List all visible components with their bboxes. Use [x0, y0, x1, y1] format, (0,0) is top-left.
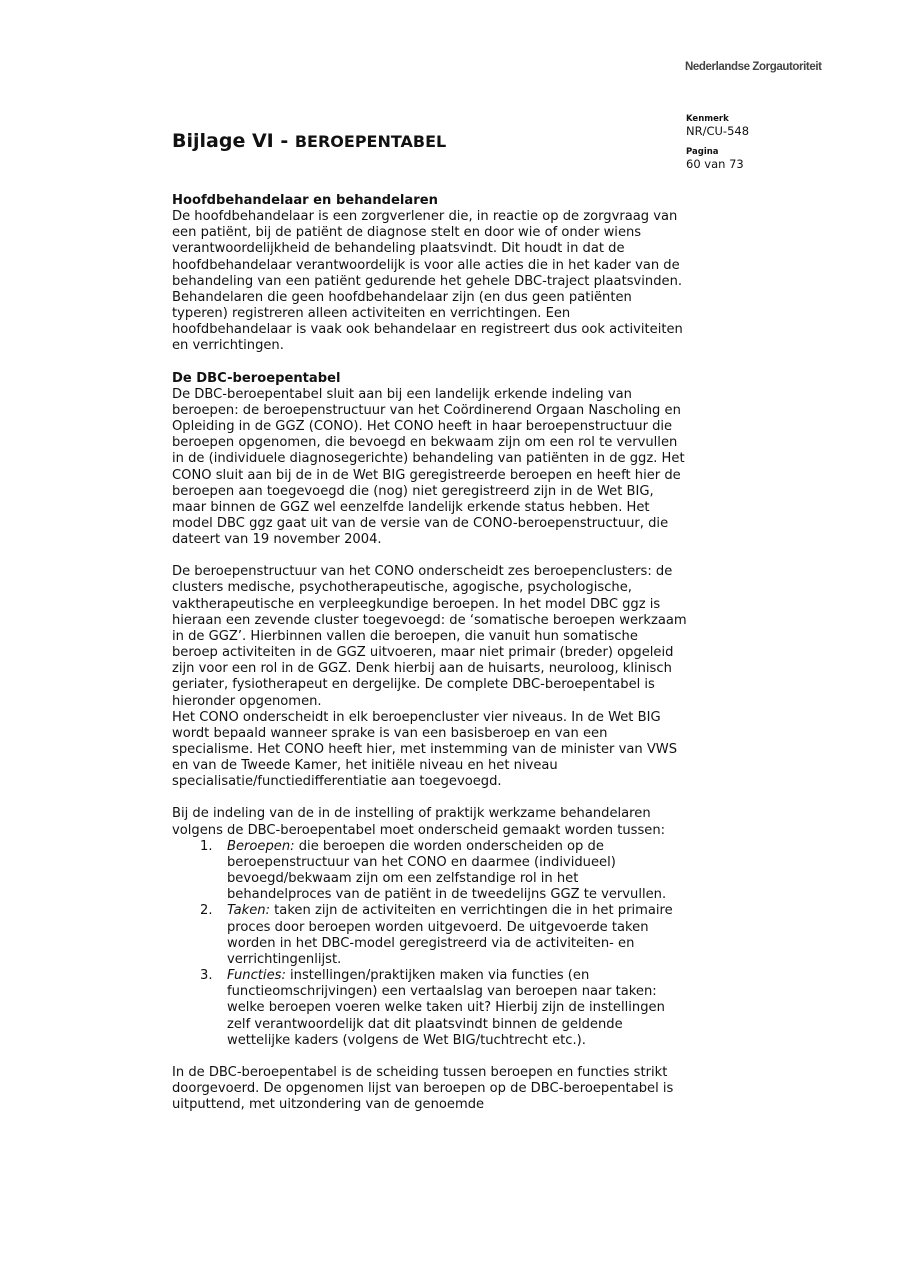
list-number: 3.	[200, 968, 213, 984]
paragraph-hoofdbehandelaar: De hoofdbehandelaar is een zorgverlener …	[172, 209, 687, 354]
list-term: Taken:	[227, 903, 270, 918]
list-term: Beroepen:	[227, 839, 295, 854]
list-item: 1.Beroepen: die beroepen die worden onde…	[172, 839, 687, 904]
numbered-list: 1.Beroepen: die beroepen die worden onde…	[172, 839, 687, 1049]
paragraph-beroepenclusters: De beroepenstructuur van het CONO onders…	[172, 564, 687, 709]
document-meta: Kenmerk NR/CU-548 Pagina 60 van 73	[686, 114, 749, 180]
document-body: Hoofdbehandelaar en behandelaren De hoof…	[172, 193, 687, 1113]
list-term: Functies:	[227, 968, 286, 983]
page-title: Bijlage VI - BEROEPENTABEL	[172, 130, 446, 152]
list-text: taken zijn de activiteiten en verrichtin…	[227, 903, 673, 966]
organization-logo-text: Nederlandse Zorgautoriteit	[685, 61, 822, 73]
list-item: 3.Functies: instellingen/praktijken make…	[172, 968, 687, 1049]
paragraph-beroepentabel: De DBC-beroepentabel sluit aan bij een l…	[172, 387, 687, 549]
list-number: 2.	[200, 903, 213, 919]
list-text: instellingen/praktijken maken via functi…	[227, 968, 665, 1048]
list-item: 2.Taken: taken zijn de activiteiten en v…	[172, 903, 687, 968]
list-number: 1.	[200, 839, 213, 855]
paragraph-niveaus: Het CONO onderscheidt in elk beroepenclu…	[172, 710, 687, 791]
section-heading-beroepentabel: De DBC-beroepentabel	[172, 371, 687, 387]
kenmerk-value: NR/CU-548	[686, 125, 749, 138]
title-main: Bijlage VI -	[172, 130, 295, 152]
paragraph-indeling: Bij de indeling van de in de instelling …	[172, 806, 687, 838]
title-sub: BEROEPENTABEL	[295, 132, 446, 151]
paragraph-scheiding: In de DBC-beroepentabel is de scheiding …	[172, 1065, 687, 1113]
section-heading-hoofdbehandelaar: Hoofdbehandelaar en behandelaren	[172, 193, 687, 209]
pagina-value: 60 van 73	[686, 158, 749, 171]
